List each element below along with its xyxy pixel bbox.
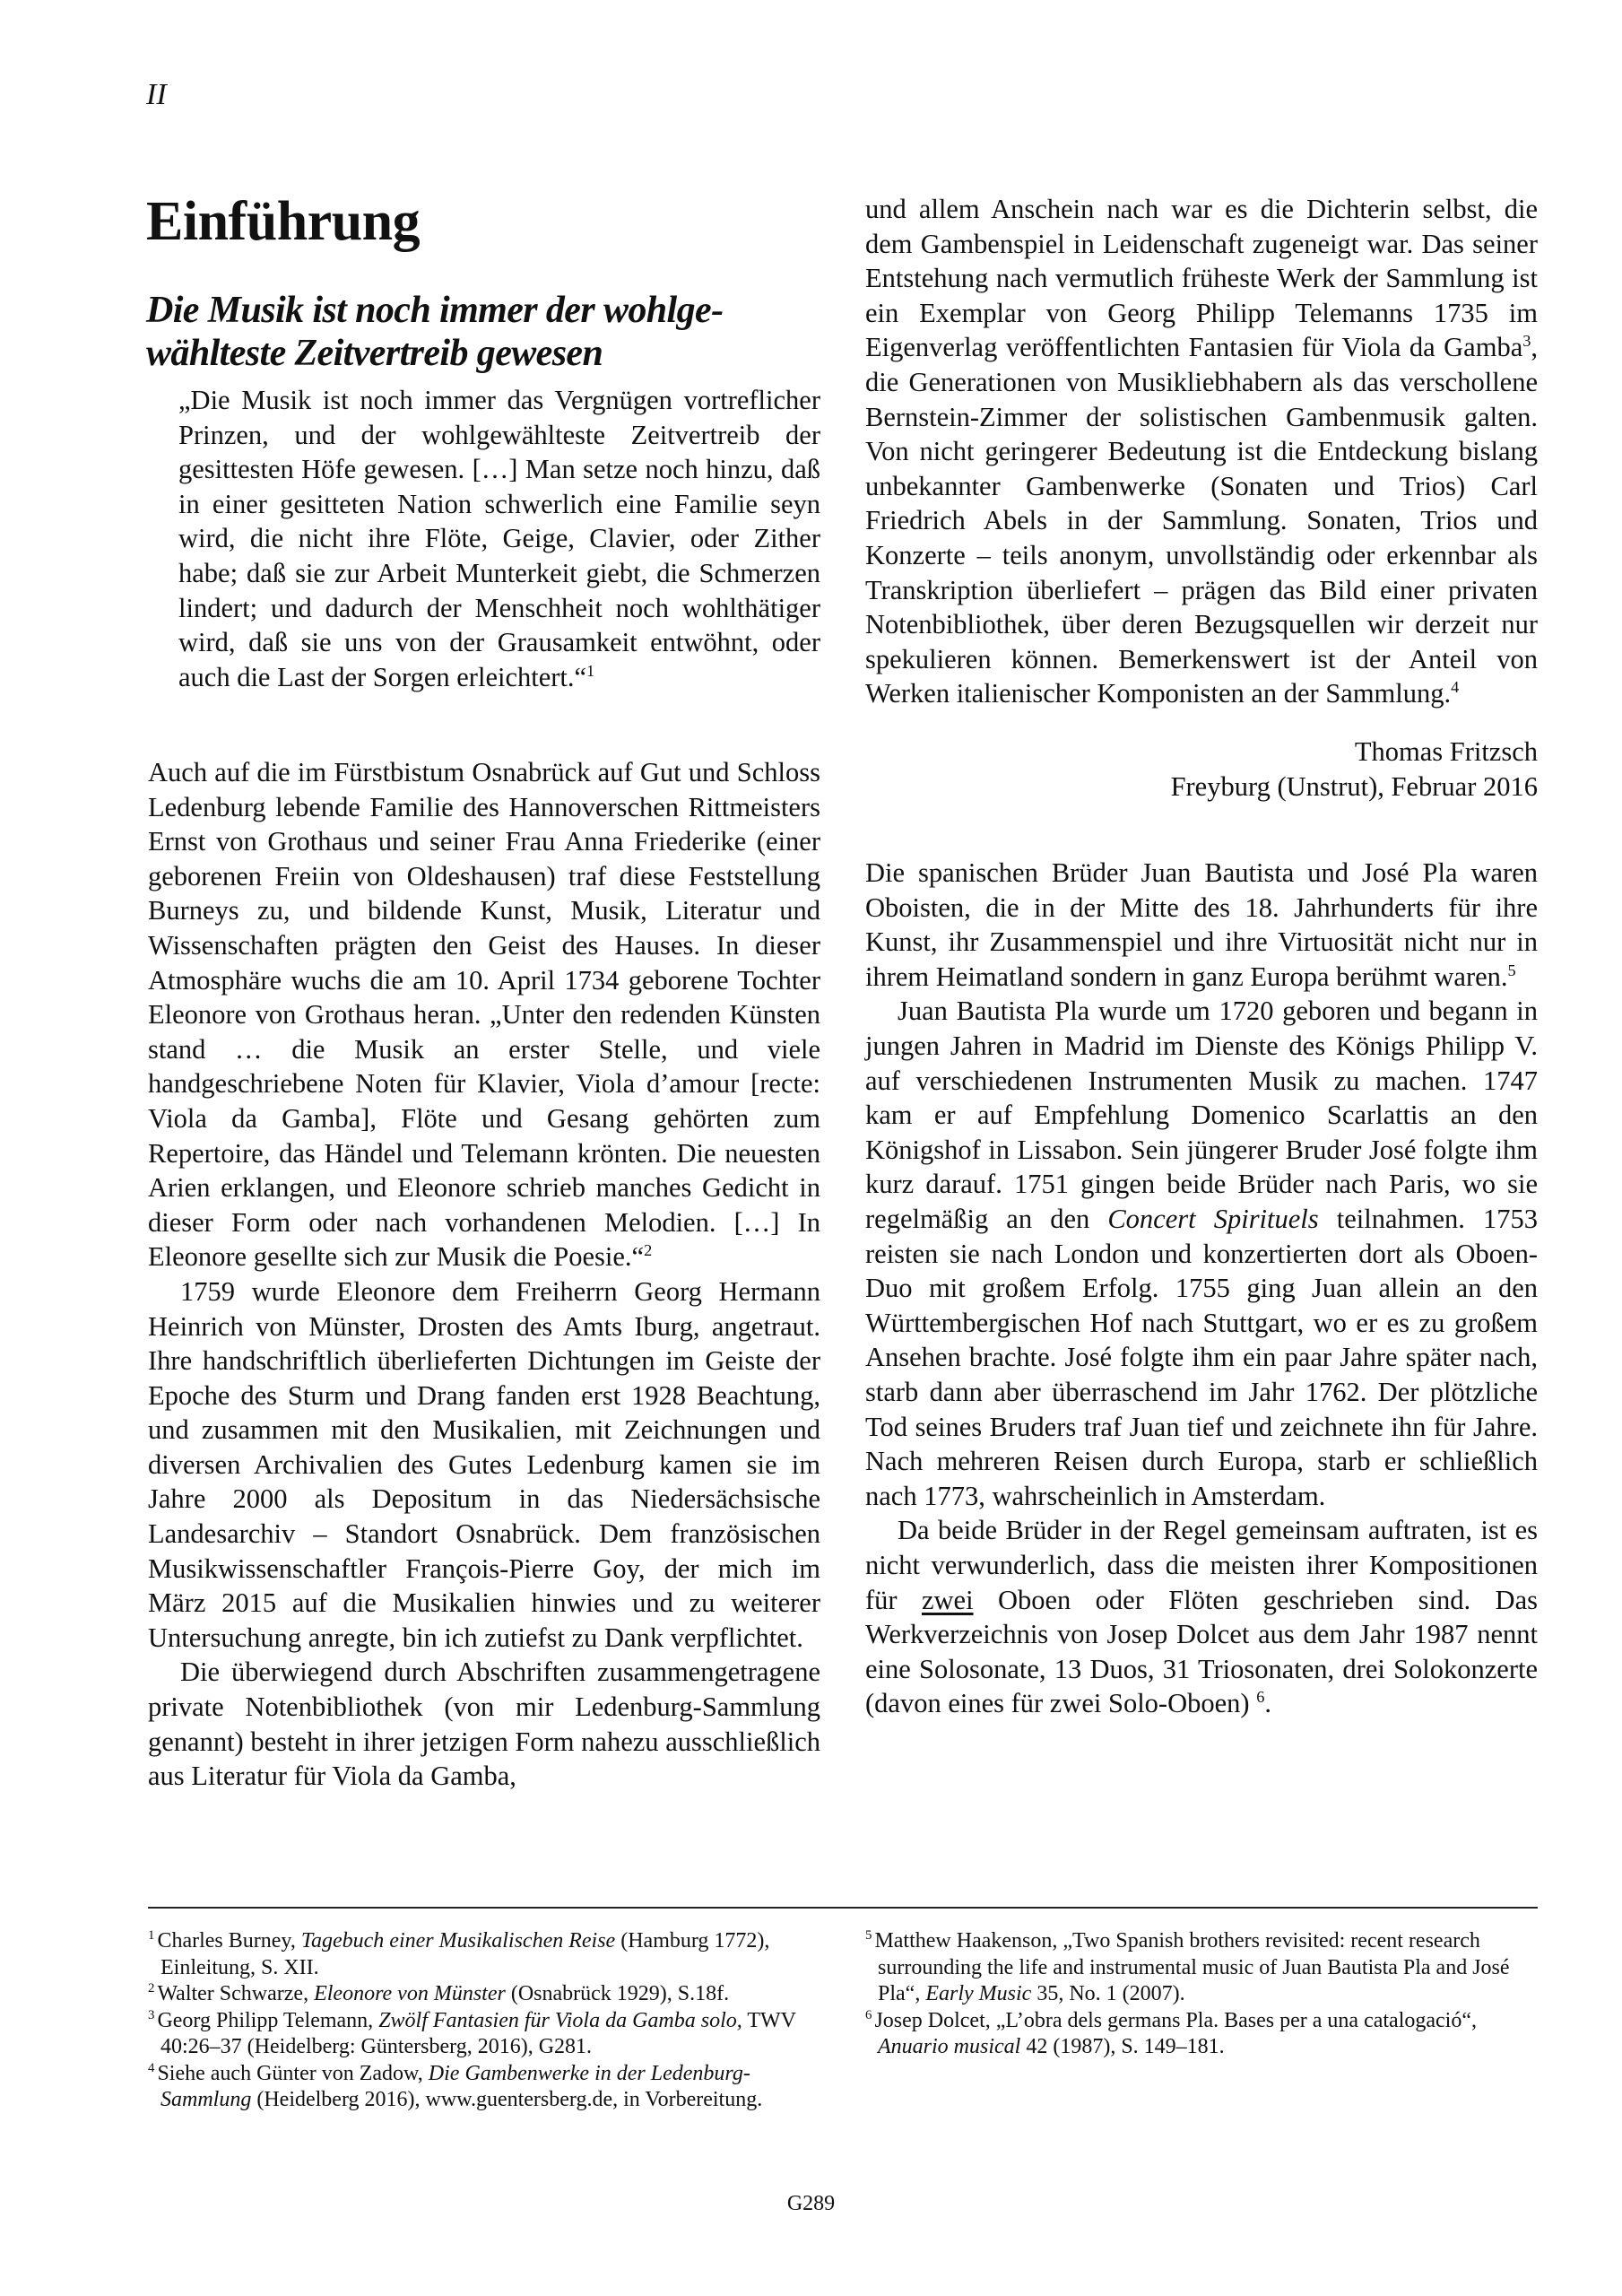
paragraph-text: teilnahmen. 1753 reisten sie nach London… — [865, 1204, 1538, 1511]
footnote-ref[interactable]: 4 — [1451, 678, 1459, 696]
spacer — [865, 804, 1538, 856]
underlined-word: zwei — [922, 1585, 974, 1615]
signature-place-date: Freyburg (Unstrut), Februar 2016 — [865, 770, 1538, 804]
footnote-ref[interactable]: 6 — [1256, 1688, 1264, 1706]
page-title: Einführung — [146, 190, 420, 253]
footnote-text: (Heidelberg 2016), www.guentersberg.de, … — [251, 2088, 762, 2111]
footnote-text: Georg Philipp Telemann, — [157, 2009, 378, 2032]
footnote: 4Siehe auch Günter von Zadow, Die Gamben… — [148, 2061, 811, 2114]
footnote: 2Walter Schwarze, Eleonore von Münster (… — [148, 1981, 811, 2008]
footnote: 3Georg Philipp Telemann, Zwölf Fantasien… — [148, 2008, 811, 2061]
right-column-body: und allem Anschein nach war es die Dicht… — [865, 192, 1538, 1721]
footnote-ref[interactable]: 5 — [1508, 961, 1516, 979]
footnote-text: Walter Schwarze, — [157, 1982, 314, 2005]
footnote-title: Tagebuch einer Musikalischen Reise — [301, 1929, 615, 1952]
italic-term: Concert Spirituels — [1107, 1204, 1318, 1234]
paragraph: 1759 wurde Eleonore dem Freiherrn Georg … — [148, 1274, 820, 1656]
footnote-text: Charles Burney, — [157, 1929, 300, 1952]
footnote-number: 5 — [865, 1928, 872, 1943]
paragraph: Juan Bautista Pla wurde um 1720 geboren … — [865, 994, 1538, 1513]
footnote-number: 1 — [148, 1928, 154, 1943]
signature-name: Thomas Fritzsch — [865, 735, 1538, 770]
footnote-number: 6 — [865, 2008, 872, 2022]
running-head: II — [146, 77, 167, 113]
footnote-number: 3 — [148, 2008, 154, 2022]
footnote-text: 42 (1987), S. 149–181. — [1020, 2035, 1224, 2058]
paragraph: Die spanischen Brüder Juan Bautista und … — [865, 856, 1538, 994]
footnote-ref[interactable]: 1 — [586, 662, 594, 680]
paragraph-text: . — [1264, 1688, 1271, 1718]
footnote-divider — [148, 1907, 1538, 1909]
paragraph: Da beide Brüder in der Regel gemeinsam a… — [865, 1513, 1538, 1721]
footnote-title: Zwölf Fantasien für Viola da Gamba solo, — [378, 2009, 742, 2032]
paragraph: Die überwiegend durch Abschriften zusamm… — [148, 1655, 820, 1793]
paragraph-text: Juan Bautista Pla wurde um 1720 geboren … — [865, 996, 1538, 1234]
footnote-title: Anuario musical — [878, 2035, 1020, 2058]
footnote-text: (Osnabrück 1929), S.18f. — [506, 1982, 729, 2005]
footnote: 1Charles Burney, Tagebuch einer Musikali… — [148, 1928, 811, 1981]
footnote-number: 4 — [148, 2061, 154, 2075]
paragraph: Auch auf die im Fürstbistum Osnabrück au… — [148, 755, 820, 1274]
footnotes-left: 1Charles Burney, Tagebuch einer Musikali… — [148, 1928, 811, 2114]
paragraph-text: und allem Anschein nach war es die Dicht… — [865, 194, 1538, 362]
paragraph-text: , die Generationen von Musikliebhabern a… — [865, 332, 1538, 709]
footnote-title: Early Music — [925, 1982, 1031, 2005]
page-number: G289 — [0, 2190, 1622, 2217]
footnotes-right: 5Matthew Haakenson, „Two Spanish brother… — [865, 1928, 1533, 2061]
footnote-ref[interactable]: 3 — [1522, 332, 1531, 350]
footnote: 6Josep Dolcet, „L’obra dels germans Pla.… — [865, 2008, 1533, 2061]
signature: Thomas Fritzsch Freyburg (Unstrut), Febr… — [865, 735, 1538, 804]
footnote: 5Matthew Haakenson, „Two Spanish brother… — [865, 1928, 1533, 2008]
footnote-text: Josep Dolcet, „L’obra dels germans Pla. … — [874, 2009, 1477, 2032]
footnote-text: Siehe auch Günter von Zadow, — [157, 2062, 428, 2085]
footnote-text: 35, No. 1 (2007). — [1031, 1982, 1184, 2005]
paragraph-text: Die spanischen Brüder Juan Bautista und … — [865, 857, 1538, 992]
footnote-ref[interactable]: 2 — [644, 1241, 652, 1259]
paragraph: und allem Anschein nach war es die Dicht… — [865, 192, 1538, 711]
quote-text: „Die Musik ist noch immer das Vergnügen … — [178, 385, 820, 692]
block-quote: „Die Musik ist noch immer das Vergnügen … — [178, 383, 820, 694]
paragraph-text: Auch auf die im Fürstbistum Osnabrück au… — [148, 757, 820, 1272]
footnote-number: 2 — [148, 1981, 154, 1996]
left-column-body: Auch auf die im Fürstbistum Osnabrück au… — [148, 755, 820, 1794]
section-heading: Die Musik ist noch immer der wohlge­wähl… — [146, 289, 828, 375]
footnote-title: Eleonore von Münster — [314, 1982, 506, 2005]
